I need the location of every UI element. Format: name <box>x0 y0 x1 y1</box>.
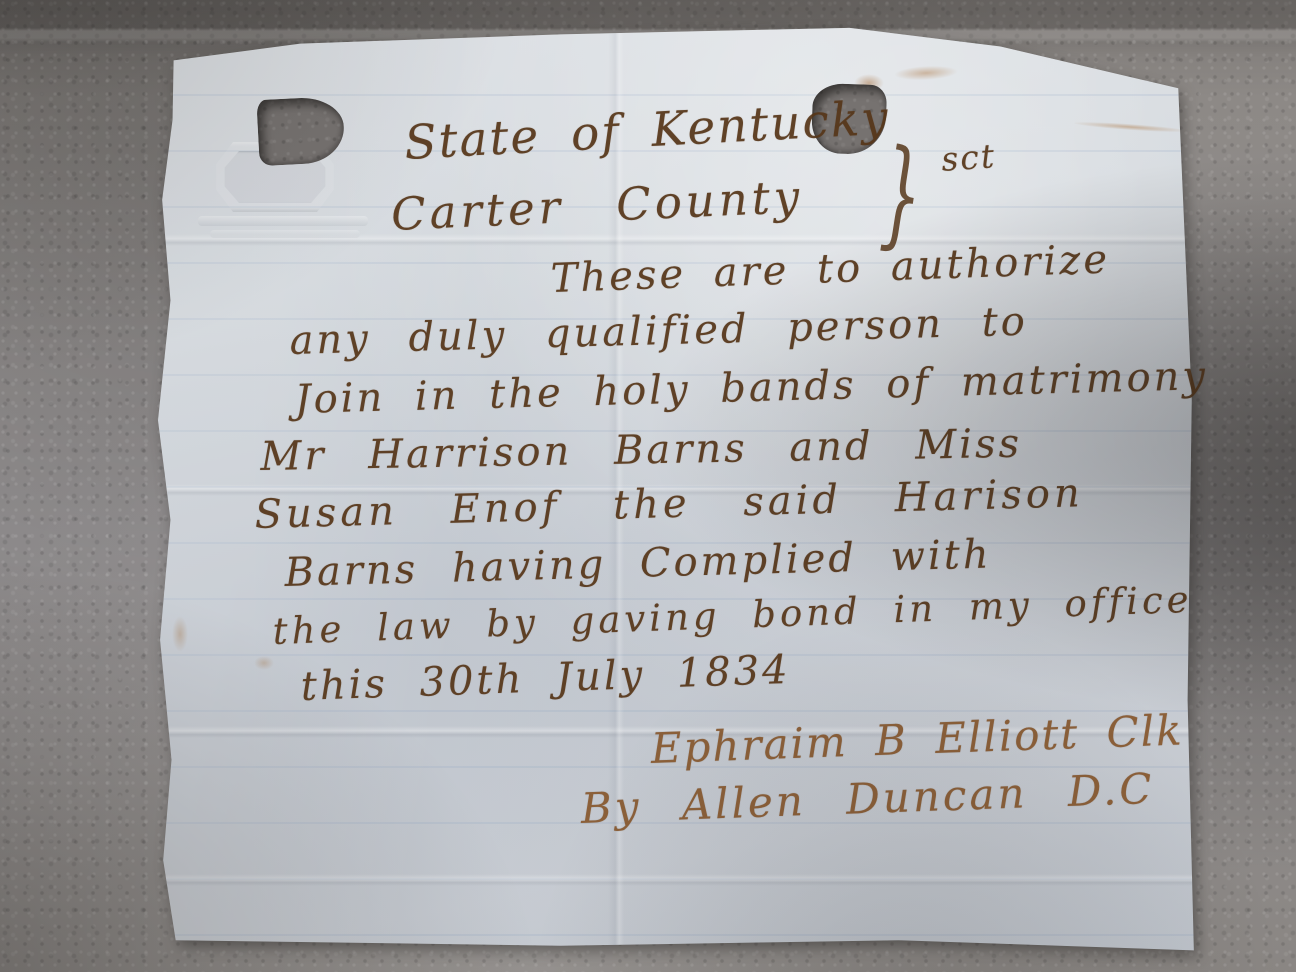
sct-abbreviation: sct <box>940 136 997 179</box>
body-line-2: any duly qualified person to <box>289 299 1028 364</box>
body-line-1: These are to authorize <box>550 236 1111 301</box>
county-line: Carter County <box>390 170 804 241</box>
clerk-signature: Ephraim B Elliott Clk <box>650 705 1184 773</box>
body-line-4: Mr Harrison Barns and Miss <box>260 421 1022 480</box>
photograph-of-document: State of Kentucky } sct Carter County Th… <box>0 0 1296 972</box>
date-line: this 30th July 1834 <box>300 647 791 710</box>
body-line-5: Susan Enof the said Harison <box>254 470 1084 538</box>
deputy-clerk-signature: By Allen Duncan D.C <box>580 764 1155 833</box>
handwritten-text-layer: State of Kentucky } sct Carter County Th… <box>0 0 1296 972</box>
state-line: State of Kentucky <box>403 91 891 171</box>
body-line-3: Join in the holy bands of matrimony <box>294 353 1209 423</box>
body-line-6: Barns having Complied with <box>284 531 992 595</box>
